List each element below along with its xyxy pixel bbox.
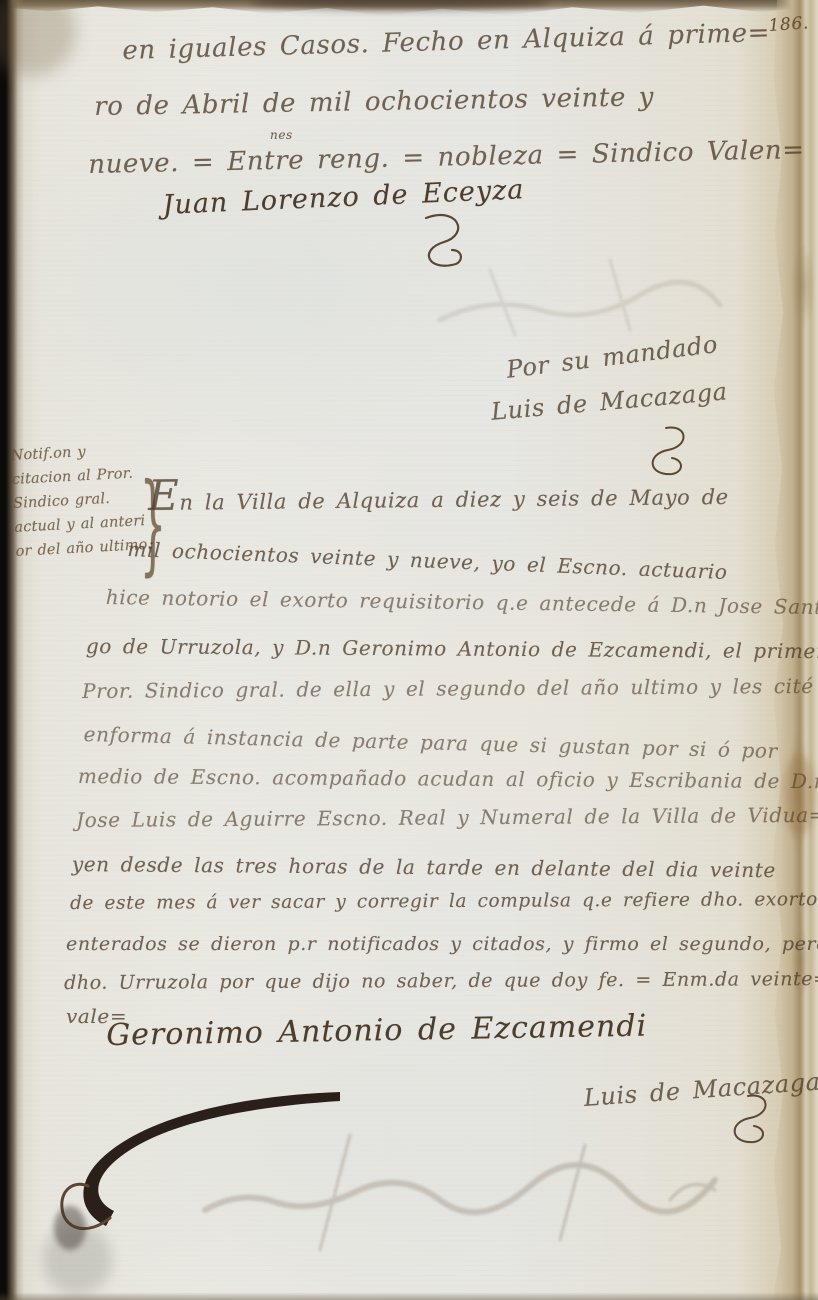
- interlineation: nes: [270, 128, 293, 142]
- manuscript-page: 186. en iguales Casos. Fecho en Alquiza …: [0, 0, 818, 1300]
- body-line: dho. Urruzola por que dijo no saber, de …: [64, 968, 818, 994]
- bleed-through-text-marks: [200, 1140, 720, 1260]
- header-line: en iguales Casos. Fecho en Alquiza á pri…: [122, 18, 770, 66]
- body-line: mil ochocientos veinte y nueve, yo el Es…: [127, 537, 728, 584]
- body-line: medio de Escno. acompañado acudan al ofi…: [78, 764, 818, 793]
- body-line: enterados se dieron p.r notificados y ci…: [66, 933, 818, 955]
- body-line: Pror. Sindico gral. de ella y el segundo…: [82, 674, 814, 703]
- signature-ezcamendi: Geronimo Antonio de Ezcamendi: [106, 1009, 647, 1053]
- body-line: yen desde las tres horas de la tarde en …: [72, 852, 776, 882]
- body-line: go de Urruzola, y D.n Geronimo Antonio d…: [86, 634, 818, 663]
- body-line: de este mes á ver sacar y corregir la co…: [70, 889, 818, 914]
- body-line: enforma á instancia de parte para que si…: [83, 722, 778, 763]
- header-line: ro de Abril de mil ochocientos veinte y: [94, 82, 654, 122]
- body-line: hice notorio el exorto requisitorio q.e …: [106, 585, 818, 620]
- binding-left-edge: [0, 0, 24, 1300]
- header-line: nueve. = Entre reng. = nobleza = Sindico…: [88, 135, 805, 180]
- signature-macazaga-top: Luis de Macazaga: [490, 377, 729, 426]
- body-line: Jose Luis de Aguirre Escno. Real y Numer…: [76, 803, 818, 832]
- body-line: En la Villa de Alquiza a diez y seis de …: [148, 480, 729, 515]
- rubric-flourish: [638, 424, 693, 484]
- rubric-flourish: [720, 1092, 775, 1152]
- bottom-edge-shadow: [0, 1292, 818, 1300]
- page-number: 186.: [768, 13, 810, 36]
